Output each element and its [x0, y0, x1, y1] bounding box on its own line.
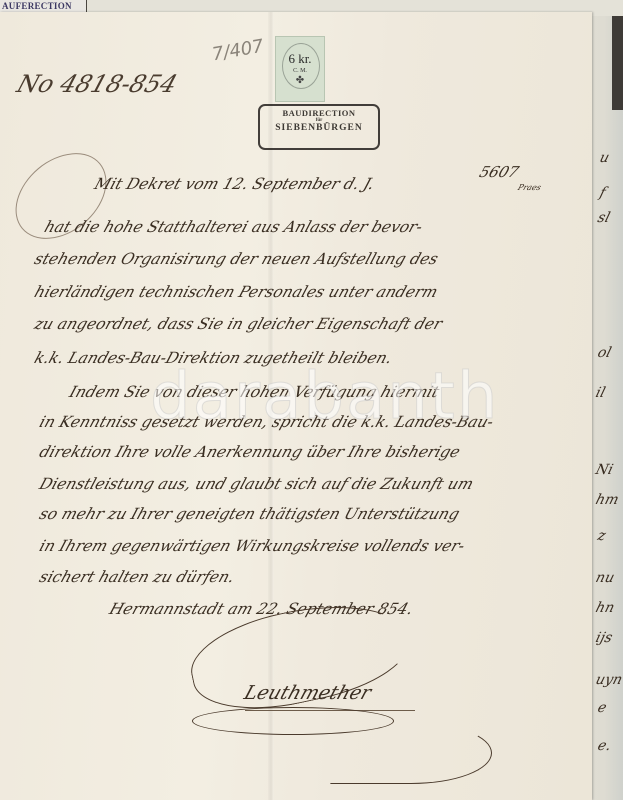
underlying-text: hm — [594, 492, 621, 508]
watermark: darabanth — [150, 360, 499, 434]
reference-number: No 4818-854 — [13, 70, 180, 98]
cancel-stamp-line3: SIEBENBÜRGEN — [260, 123, 378, 133]
cancel-stamp-line1: BAUDIRECTION — [260, 108, 378, 118]
margin-number: 5607 — [477, 163, 521, 181]
eagle-icon: ✤ — [276, 75, 324, 86]
cancellation-stamp: BAUDIRECTION für SIEBENBÜRGEN — [258, 104, 380, 150]
revenue-stamp: 6 kr. C. M. ✤ — [275, 36, 325, 102]
body-line: direktion Ihre volle Anerkennung über Ih… — [37, 443, 462, 461]
body-line: so mehr zu Ihrer geneigten thätigsten Un… — [37, 505, 462, 523]
underlying-text: uyn — [594, 672, 623, 688]
stamp-value: 6 kr. — [276, 51, 324, 67]
stamp-currency: C. M. — [276, 68, 324, 74]
signature: Leuthmether — [241, 682, 374, 704]
body-line: sichert halten zu dürfen. — [37, 568, 237, 586]
body-line: stehenden Organisirung der neuen Aufstel… — [32, 250, 440, 268]
signature-tail — [330, 722, 492, 784]
body-line: in Ihrem gegenwärtigen Wirkungskreise vo… — [37, 537, 467, 555]
margin-abbr: Praes — [517, 183, 543, 192]
body-line: Mit Dekret vom 12. September d. J. — [92, 175, 377, 193]
body-line: hat die hohe Statthalterei aus Anlass de… — [42, 218, 425, 236]
body-line: Dienstleistung aus, und glaubt sich auf … — [37, 475, 476, 493]
body-line: hierländigen technischen Personales unte… — [32, 283, 440, 301]
background-shadow — [612, 0, 623, 110]
body-line: zu angeordnet, dass Sie in gleicher Eige… — [32, 315, 444, 333]
